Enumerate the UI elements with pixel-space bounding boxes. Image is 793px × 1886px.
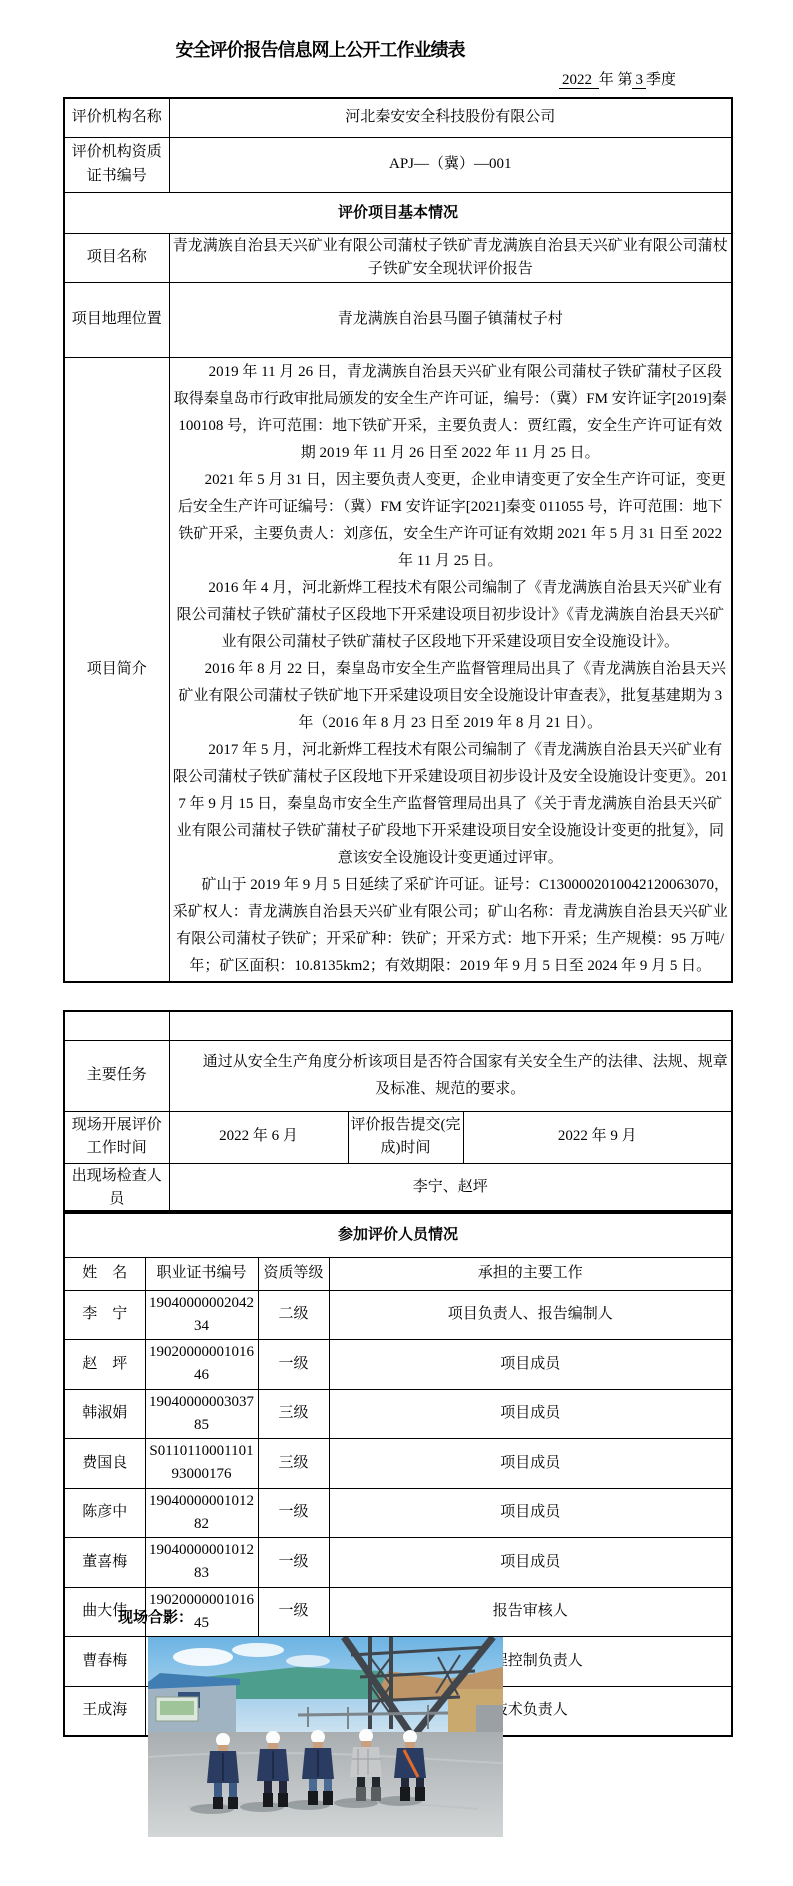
- person-name: 费国良: [64, 1439, 145, 1489]
- period-year: 2022: [559, 72, 599, 89]
- cert-number-value: APJ—（冀）—001: [169, 137, 732, 192]
- person-name: 曹春梅: [64, 1637, 145, 1687]
- personnel-row: 赵 坪 1902000000101646 一级 项目成员: [64, 1340, 732, 1390]
- person-level: 一级: [258, 1587, 329, 1637]
- brief-paragraph: 矿山于 2019 年 9 月 5 日延续了采矿许可证。证号：C130000201…: [172, 872, 730, 980]
- brief-paragraph: 2019 年 11 月 26 日，青龙满族自治县天兴矿业有限公司蒲杖子铁矿蒲杖子…: [172, 359, 730, 467]
- person-role: 项目成员: [329, 1340, 732, 1390]
- photo-caption: 现场合影：: [118, 1606, 193, 1627]
- empty-value-cell: [169, 1011, 732, 1040]
- person-name: 赵 坪: [64, 1340, 145, 1390]
- section-header-personnel: 参加评价人员情况: [64, 1211, 732, 1257]
- personnel-row: 韩淑娟 1904000000303785 三级 项目成员: [64, 1389, 732, 1439]
- task-schedule-table: 主要任务 通过从安全生产角度分析该项目是否符合国家有关安全生产的法律、法规、规章…: [63, 1010, 733, 1214]
- report-time-label: 评价报告提交(完成)时间: [348, 1111, 463, 1163]
- person-level: 三级: [258, 1439, 329, 1489]
- site-group-photo: [148, 1637, 503, 1837]
- person-name: 韩淑娟: [64, 1389, 145, 1439]
- person-level: 二级: [258, 1290, 329, 1340]
- period-quarter: 3: [632, 72, 646, 89]
- person-name: 董喜梅: [64, 1538, 145, 1588]
- project-location-label: 项目地理位置: [64, 283, 169, 358]
- brief-paragraph: 2016 年 4 月，河北新烨工程技术有限公司编制了《青龙满族自治县天兴矿业有限…: [172, 575, 730, 656]
- brief-paragraph: 2016 年 8 月 22 日，秦皇岛市安全生产监督管理局出具了《青龙满族自治县…: [172, 656, 730, 737]
- column-header-level: 资质等级: [258, 1257, 329, 1290]
- project-brief-value: 2019 年 11 月 26 日，青龙满族自治县天兴矿业有限公司蒲杖子铁矿蒲杖子…: [169, 358, 732, 983]
- person-cert: 1904000000204234: [145, 1290, 258, 1340]
- project-name-value: 青龙满族自治县天兴矿业有限公司蒲杖子铁矿青龙满族自治县天兴矿业有限公司蒲杖子铁矿…: [169, 233, 732, 283]
- cert-number-label: 评价机构资质证书编号: [64, 137, 169, 192]
- person-cert: 1904000000303785: [145, 1389, 258, 1439]
- brief-paragraph: 2021 年 5 月 31 日，因主要负责人变更，企业申请变更了安全生产许可证，…: [172, 467, 730, 575]
- main-task-text: 通过从安全生产角度分析该项目是否符合国家有关安全生产的法律、法规、规章及标准、规…: [172, 1049, 730, 1103]
- page-title: 安全评价报告信息网上公开工作业绩表: [0, 36, 640, 62]
- person-role: 项目成员: [329, 1389, 732, 1439]
- project-info-table: 评价机构名称 河北秦安安全科技股份有限公司 评价机构资质证书编号 APJ—（冀）…: [63, 97, 733, 983]
- person-role: 项目成员: [329, 1488, 732, 1538]
- person-role: 项目负责人、报告编制人: [329, 1290, 732, 1340]
- empty-label-cell: [64, 1011, 169, 1040]
- person-name: 王成海: [64, 1686, 145, 1736]
- report-period: 2022 年 第3季度: [430, 68, 676, 89]
- period-mid-text: 年 第: [599, 72, 633, 88]
- org-name-label: 评价机构名称: [64, 98, 169, 137]
- column-header-name: 姓 名: [64, 1257, 145, 1290]
- inspectors-label: 出现场检查人员: [64, 1163, 169, 1213]
- brief-paragraph: 2017 年 5 月，河北新烨工程技术有限公司编制了《青龙满族自治县天兴矿业有限…: [172, 737, 730, 872]
- person-level: 一级: [258, 1488, 329, 1538]
- main-task-value: 通过从安全生产角度分析该项目是否符合国家有关安全生产的法律、法规、规章及标准、规…: [169, 1040, 732, 1111]
- project-location-value: 青龙满族自治县马圈子镇蒲杖子村: [169, 283, 732, 358]
- period-tail-text: 季度: [646, 72, 676, 88]
- personnel-row: 李 宁 1904000000204234 二级 项目负责人、报告编制人: [64, 1290, 732, 1340]
- inspectors-value: 李宁、赵坪: [169, 1163, 732, 1213]
- person-level: 一级: [258, 1538, 329, 1588]
- person-cert: 1904000000101282: [145, 1488, 258, 1538]
- project-brief-label: 项目简介: [64, 358, 169, 983]
- document-page: 安全评价报告信息网上公开工作业绩表 2022 年 第3季度 评价机构名称 河北秦…: [0, 0, 793, 1886]
- person-level: 一级: [258, 1340, 329, 1390]
- fieldwork-time-label: 现场开展评价工作时间: [64, 1111, 169, 1163]
- person-cert: 1904000000101283: [145, 1538, 258, 1588]
- personnel-row: 陈彦中 1904000000101282 一级 项目成员: [64, 1488, 732, 1538]
- person-role: 项目成员: [329, 1439, 732, 1489]
- person-name: 陈彦中: [64, 1488, 145, 1538]
- section-header-basic-info: 评价项目基本情况: [64, 192, 732, 233]
- report-time-value: 2022 年 9 月: [463, 1111, 732, 1163]
- person-role: 项目成员: [329, 1538, 732, 1588]
- main-task-label: 主要任务: [64, 1040, 169, 1111]
- fieldwork-time-value: 2022 年 6 月: [169, 1111, 348, 1163]
- column-header-role: 承担的主要工作: [329, 1257, 732, 1290]
- personnel-row: 费国良 S011011000110193000176 三级 项目成员: [64, 1439, 732, 1489]
- personnel-row: 董喜梅 1904000000101283 一级 项目成员: [64, 1538, 732, 1588]
- person-cert: S011011000110193000176: [145, 1439, 258, 1489]
- org-name-value: 河北秦安安全科技股份有限公司: [169, 98, 732, 137]
- person-role: 报告审核人: [329, 1587, 732, 1637]
- project-name-label: 项目名称: [64, 233, 169, 283]
- person-name: 李 宁: [64, 1290, 145, 1340]
- person-cert: 1902000000101646: [145, 1340, 258, 1390]
- column-header-cert: 职业证书编号: [145, 1257, 258, 1290]
- person-level: 三级: [258, 1389, 329, 1439]
